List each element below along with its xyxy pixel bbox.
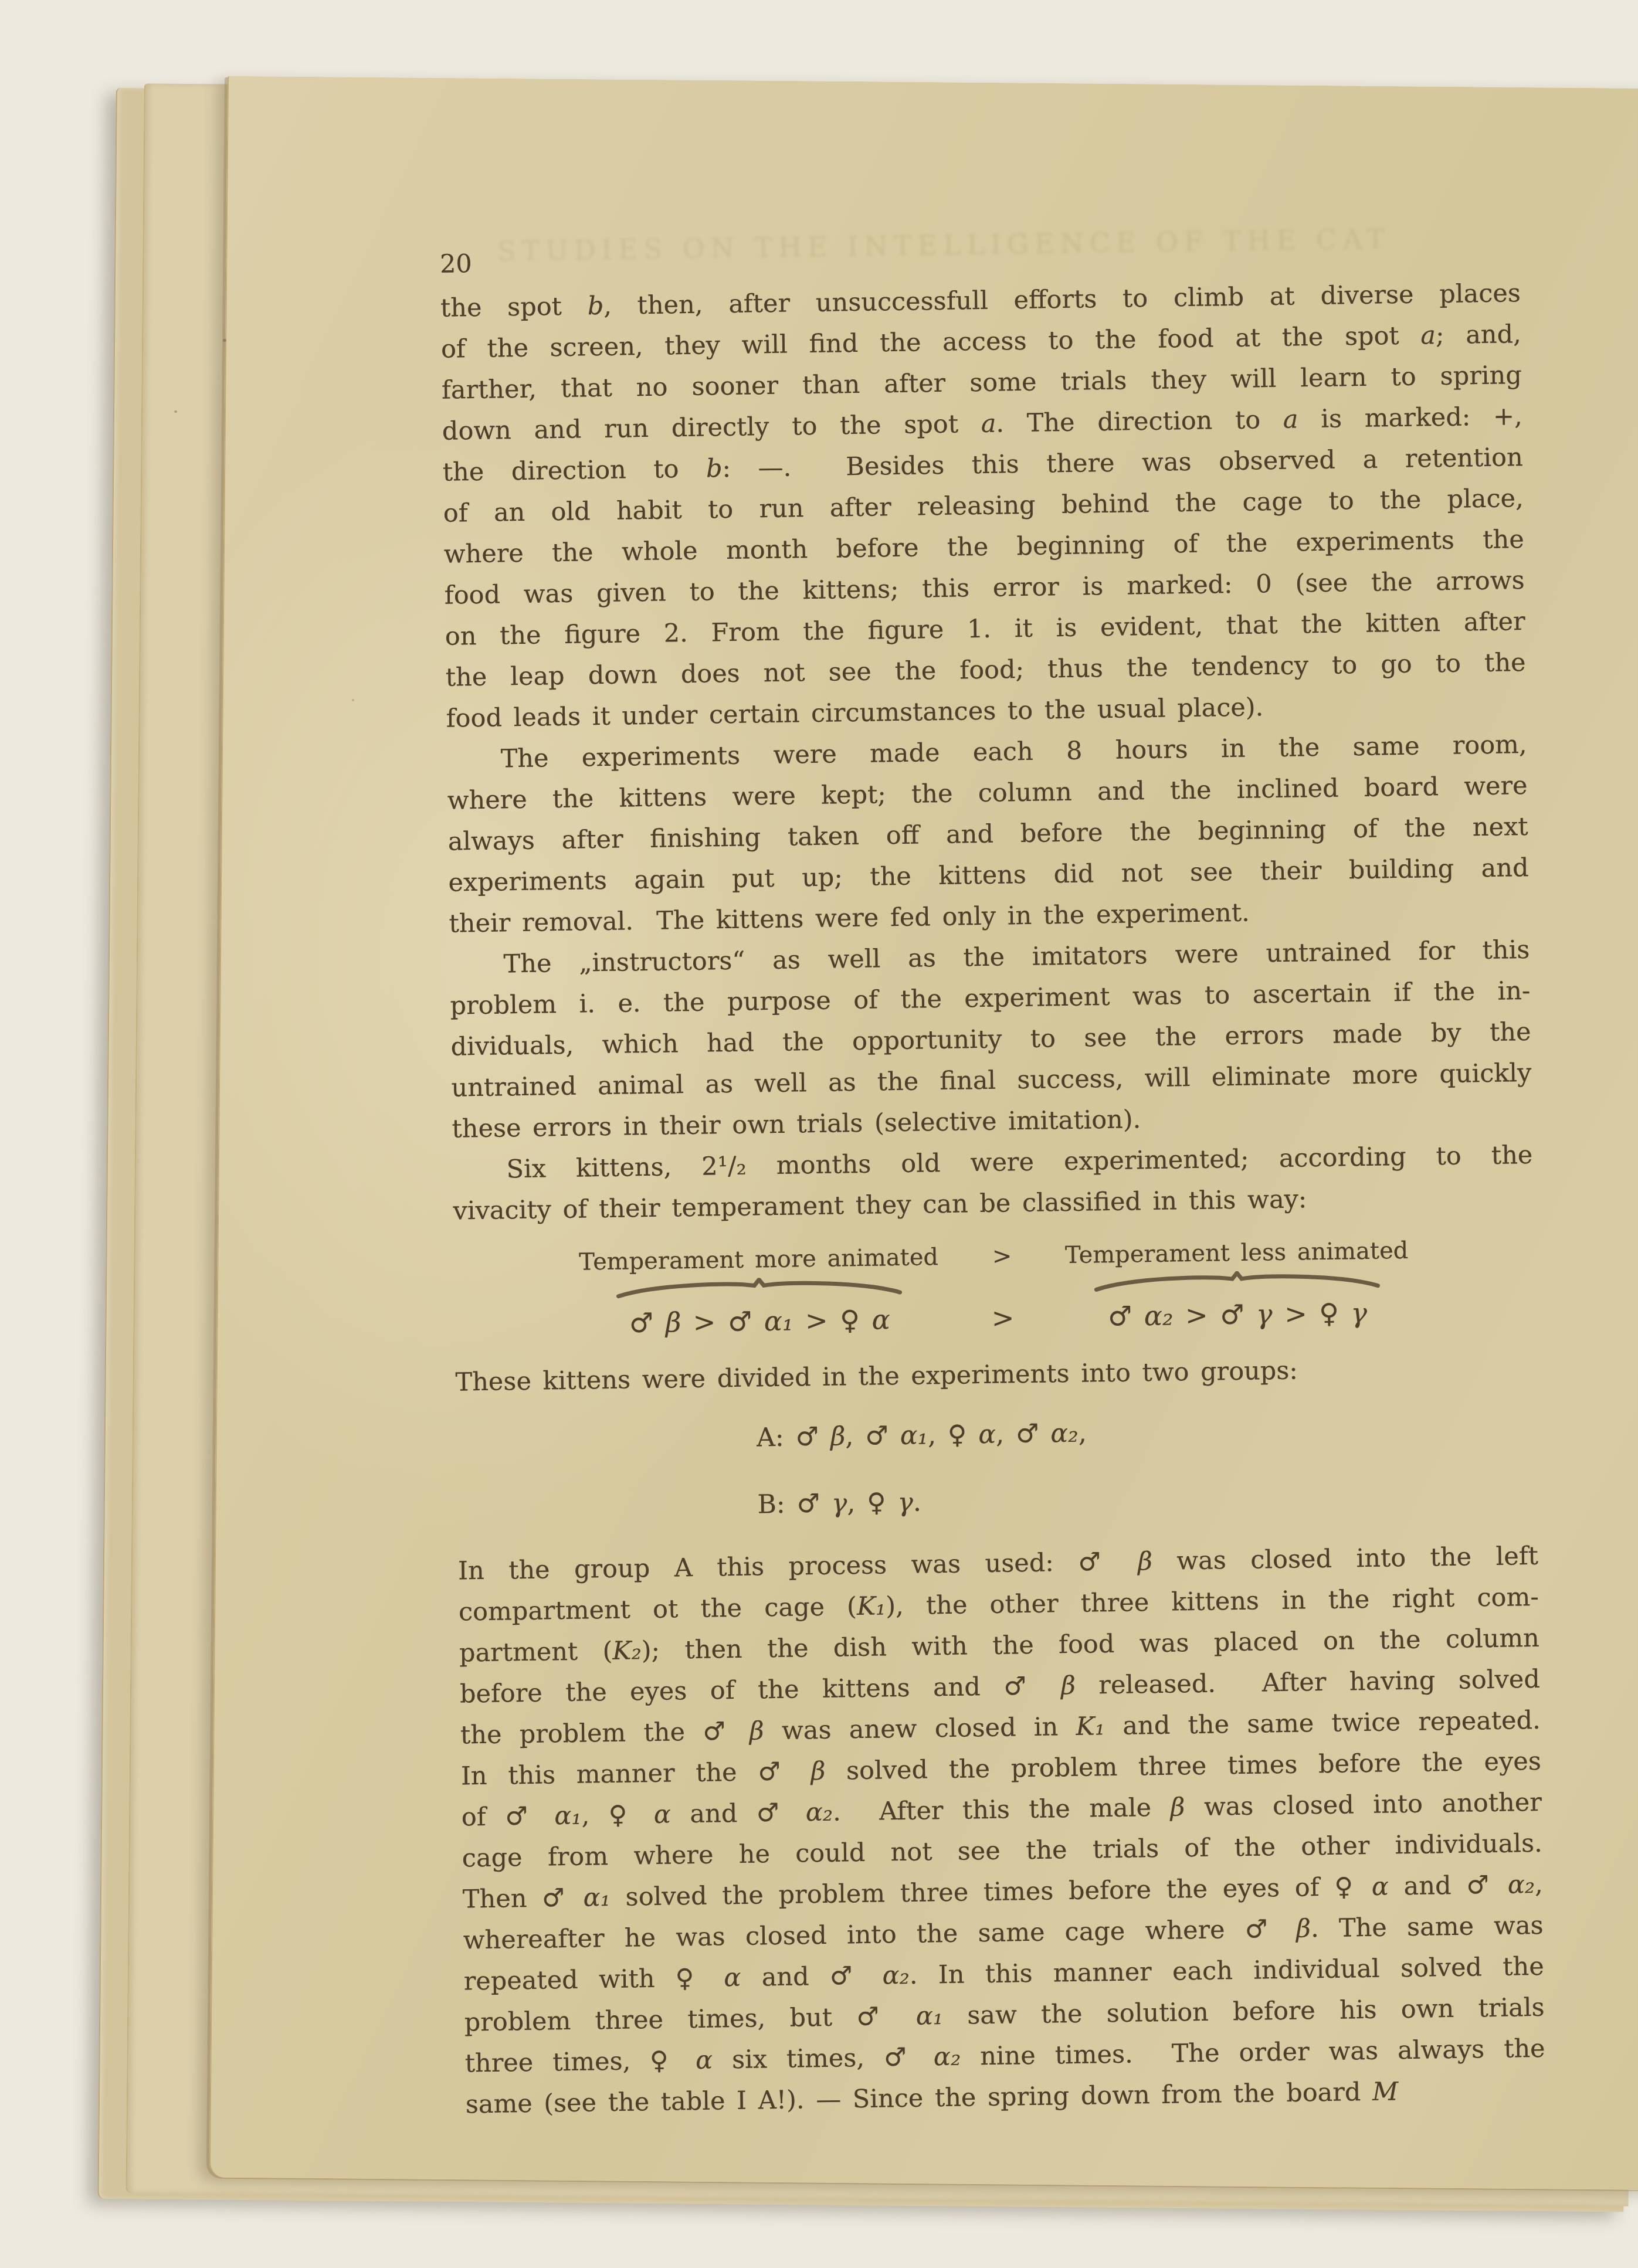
formula-gt-sign: > xyxy=(952,1238,1052,1274)
group-list: A: ♂ β, ♂ α₁, ♀ α, ♂ α₂,B: ♂ γ, ♀ γ. xyxy=(456,1394,1538,1543)
overbrace-icon xyxy=(1090,1269,1383,1292)
scanned-book-page: { "page": { "number": "20", "ghost_heade… xyxy=(0,0,1638,2268)
page-stack: STUDIES ON THE INTELLIGENCE OF THE CAT 2… xyxy=(97,75,1638,2223)
text-line: These kittens were divided in the experi… xyxy=(455,1347,1536,1403)
paragraph: In the group A this process was used: ♂ … xyxy=(458,1536,1547,2126)
text-block: 20 the spot b, then, after unsuccessfull… xyxy=(439,230,1546,2125)
text-line: B: ♂ γ, ♀ γ. xyxy=(457,1461,1538,1543)
formula-right-group: ♂ α₂ > ♂ γ > ♀ γ xyxy=(1053,1289,1423,1341)
paper-speck xyxy=(174,410,177,413)
formula-right-label: Temperament less animated xyxy=(1052,1234,1422,1273)
formula-center-gt: > xyxy=(953,1293,1053,1342)
paragraph: These kittens were divided in the experi… xyxy=(455,1347,1536,1403)
paper-speck xyxy=(223,339,226,342)
paper-speck xyxy=(352,699,354,701)
overbrace-icon xyxy=(612,1276,906,1299)
paragraph: the spot b, then, after unsuccessfull ef… xyxy=(440,273,1527,739)
paragraph: The experiments were made each 8 hours i… xyxy=(446,724,1530,945)
formula-left-label: Temperament more animated xyxy=(565,1240,952,1279)
paragraph: Six kittens, 2¹/₂ months old were experi… xyxy=(452,1135,1534,1232)
book-page: STUDIES ON THE INTELLIGENCE OF THE CAT 2… xyxy=(209,76,1638,2191)
formula-left-group: ♂ β > ♂ α₁ > ♀ α xyxy=(566,1295,954,1347)
paragraph: The „instructors“ as well as the imitato… xyxy=(449,929,1532,1150)
temperament-formula: Temperament more animated > Temperament … xyxy=(565,1234,1422,1347)
